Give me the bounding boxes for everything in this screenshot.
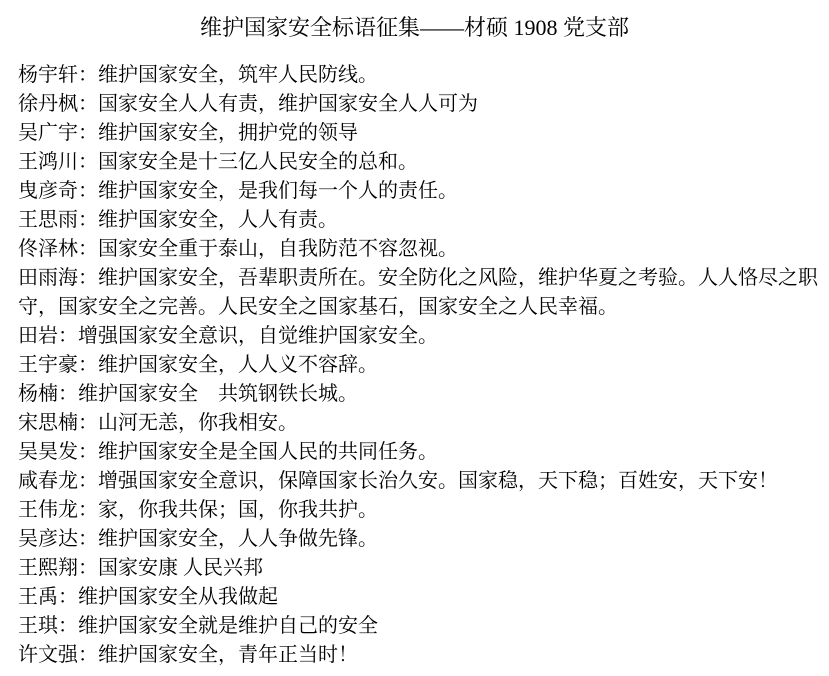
slogan-entry: 王宇豪：维护国家安全，人人义不容辞。 — [18, 351, 822, 380]
slogan-entry: 咸春龙：增强国家安全意识，保障国家长治久安。国家稳，天下稳；百姓安，天下安！ — [18, 467, 822, 496]
slogan-entry: 许文强：维护国家安全，青年正当时！ — [18, 641, 822, 670]
slogan-entry: 王思雨：维护国家安全，人人有责。 — [18, 206, 822, 235]
slogan-entry: 杨楠：维护国家安全 共筑钢铁长城。 — [18, 380, 822, 409]
slogan-entry: 田雨海：维护国家安全，吾辈职责所在。安全防化之风险，维护华夏之考验。人人恪尽之职… — [18, 264, 822, 322]
slogan-entry: 田岩：增强国家安全意识，自觉维护国家安全。 — [18, 322, 822, 351]
slogan-entry: 王禹：维护国家安全从我做起 — [18, 583, 822, 612]
slogan-entry: 王伟龙：家，你我共保；国，你我共护。 — [18, 496, 822, 525]
slogan-entry: 王鸿川：国家安全是十三亿人民安全的总和。 — [18, 148, 822, 177]
slogan-entry: 佟泽林：国家安全重于泰山，自我防范不容忽视。 — [18, 235, 822, 264]
slogan-entry: 王熙翔：国家安康 人民兴邦 — [18, 554, 822, 583]
slogan-entry: 宋思楠：山河无恙，你我相安。 — [18, 409, 822, 438]
document-title: 维护国家安全标语征集——材硕 1908 党支部 — [0, 0, 829, 44]
slogan-entry: 徐丹枫：国家安全人人有责，维护国家安全人人可为 — [18, 90, 822, 119]
slogan-list: 杨宇轩：维护国家安全，筑牢人民防线。徐丹枫：国家安全人人有责，维护国家安全人人可… — [0, 44, 829, 670]
document-page: 维护国家安全标语征集——材硕 1908 党支部 杨宇轩：维护国家安全，筑牢人民防… — [0, 0, 829, 676]
slogan-entry: 吴昊发：维护国家安全是全国人民的共同任务。 — [18, 438, 822, 467]
slogan-entry: 吴彦达：维护国家安全，人人争做先锋。 — [18, 525, 822, 554]
slogan-entry: 杨宇轩：维护国家安全，筑牢人民防线。 — [18, 61, 822, 90]
slogan-entry: 王琪：维护国家安全就是维护自己的安全 — [18, 612, 822, 641]
slogan-entry: 曳彦奇：维护国家安全，是我们每一个人的责任。 — [18, 177, 822, 206]
slogan-entry: 吴广宇：维护国家安全，拥护党的领导 — [18, 119, 822, 148]
